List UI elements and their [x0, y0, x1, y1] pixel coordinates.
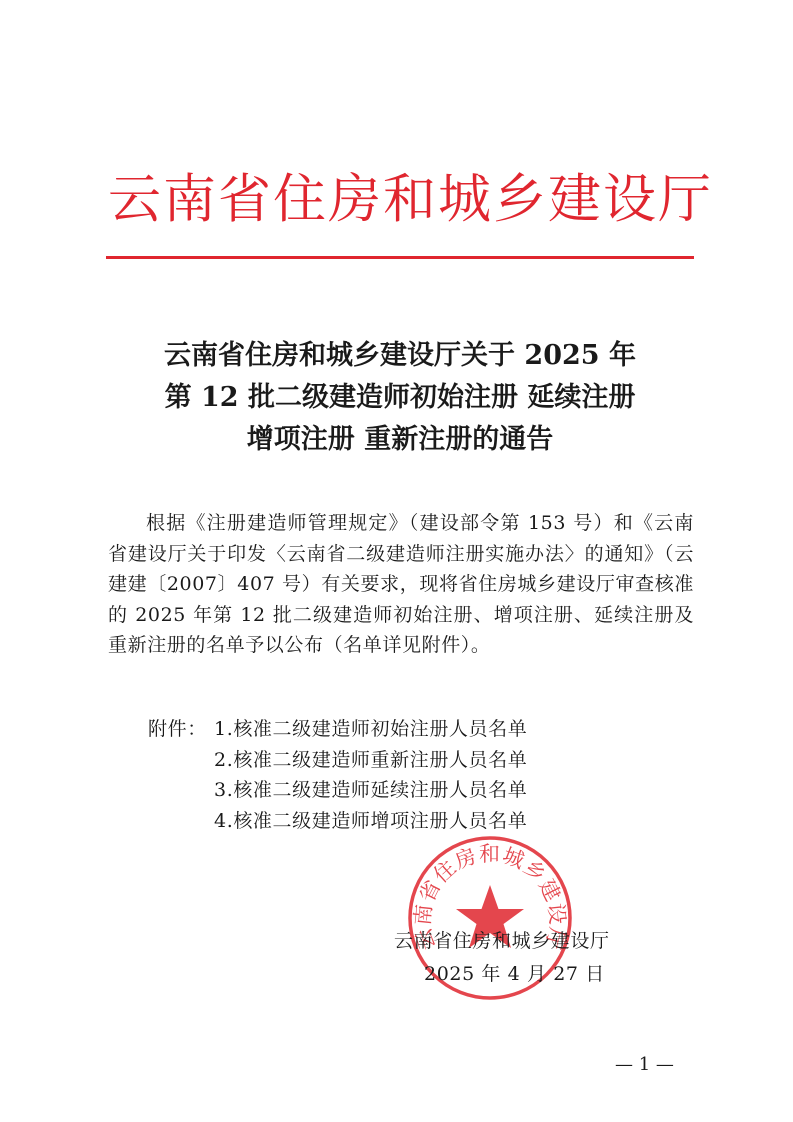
attachment-item: 2.核准二级建造师重新注册人员名单 — [148, 745, 527, 776]
document-body: 根据《注册建造师管理规定》（建设部令第 153 号）和《云南省建设厅关于印发〈云… — [108, 508, 694, 661]
title-line-2: 第 12 批二级建造师初始注册 延续注册 — [100, 377, 700, 419]
attachment-item: 附件： 1.核准二级建造师初始注册人员名单 — [148, 714, 527, 745]
attachment-text: 3.核准二级建造师延续注册人员名单 — [214, 775, 527, 806]
attachment-item: 4.核准二级建造师增项注册人员名单 — [148, 806, 527, 837]
masthead-agency-name: 云南省住房和城乡建设厅 — [108, 170, 694, 230]
signature-organization: 云南省住房和城乡建设厅 — [394, 925, 610, 958]
signature-date: 2025 年 4 月 27 日 — [394, 958, 610, 991]
attachment-text: 1.核准二级建造师初始注册人员名单 — [214, 714, 527, 745]
title-line-1: 云南省住房和城乡建设厅关于 2025 年 — [100, 335, 700, 377]
attachment-text: 4.核准二级建造师增项注册人员名单 — [214, 806, 527, 837]
document-title: 云南省住房和城乡建设厅关于 2025 年 第 12 批二级建造师初始注册 延续注… — [100, 335, 700, 461]
body-paragraph: 根据《注册建造师管理规定》（建设部令第 153 号）和《云南省建设厅关于印发〈云… — [108, 508, 694, 661]
attachment-item: 3.核准二级建造师延续注册人员名单 — [148, 775, 527, 806]
masthead-red-rule — [106, 256, 694, 259]
document-page: 云南省住房和城乡建设厅 云南省住房和城乡建设厅关于 2025 年 第 12 批二… — [0, 0, 793, 1122]
attachment-text: 2.核准二级建造师重新注册人员名单 — [214, 745, 527, 776]
signature-block: 云南省住房和城乡建设厅 2025 年 4 月 27 日 — [394, 925, 610, 991]
page-number: — 1 — — [615, 1054, 674, 1075]
attachments-list: 附件： 1.核准二级建造师初始注册人员名单 2.核准二级建造师重新注册人员名单 … — [148, 714, 527, 836]
title-line-3: 增项注册 重新注册的通告 — [100, 419, 700, 461]
attachments-label: 附件： — [148, 714, 214, 745]
